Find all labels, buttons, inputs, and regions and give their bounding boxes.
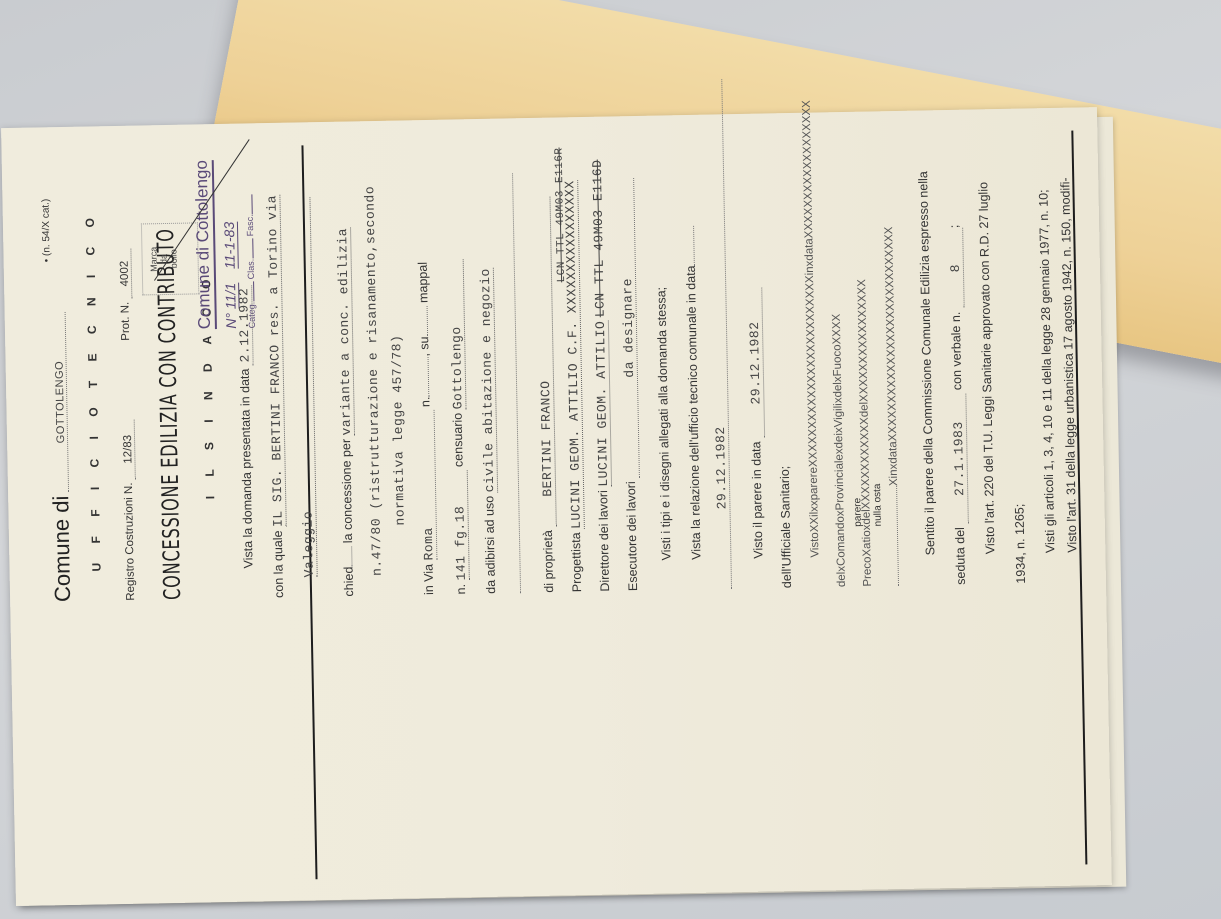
seduta-value: 27.1.1983 xyxy=(950,393,968,523)
prot: Prot. N. 4002 xyxy=(118,248,133,340)
parere-line: Visto il parere in data 29.12.1982 xyxy=(746,288,767,559)
direttore-label: Direttore dei lavori xyxy=(596,490,612,592)
adibirsi-line: da adibirsi ad uso civile abitazione e n… xyxy=(478,268,499,594)
registro-value: 12/83 xyxy=(122,419,136,479)
registry-stamp: Marca da bollo Comune di Cottolengo N° 1… xyxy=(132,148,255,300)
applicant-street: Valeggio xyxy=(294,197,317,577)
art220: Visto l'art. 220 del T.U. Leggi Sanitari… xyxy=(976,182,997,554)
struck-line-2: delxComandoxProvincialexdeixVigilixdelxF… xyxy=(831,314,848,588)
office-title: U F F I C I O T E C N I C O xyxy=(83,210,104,572)
vista-label: Vista la domanda presentata in data xyxy=(238,368,256,568)
direttore-line: Direttore dei lavori LUCINI GEOM. ATTILI… xyxy=(590,159,613,591)
seduta-label: seduta del xyxy=(953,527,968,585)
parere-label: Visto il parere in data xyxy=(749,441,765,558)
comune-name: GOTTOLENGO xyxy=(53,312,69,492)
adibirsi-value: civile abitazione e negozio xyxy=(478,268,498,492)
seduta-line: seduta del 27.1.1983 con verbale n. 8; xyxy=(947,225,970,585)
proprieta-label: di proprietà xyxy=(541,530,556,593)
n2-label: n. xyxy=(454,584,468,595)
chied-line: chied la concessione per variante a conc… xyxy=(335,228,357,597)
stamp-fasc: Fasc. xyxy=(245,214,255,236)
su-label: , su xyxy=(417,336,431,356)
relazione-line: Vista la relazione dell'ufficio tecnico … xyxy=(683,225,703,560)
comune-label: Comune di xyxy=(48,495,76,602)
applicant-cont: Valeggio xyxy=(294,197,317,577)
prot-value: 4002 xyxy=(118,248,132,298)
n2-value: 141 fg.18 xyxy=(452,470,470,580)
commissione: Sentito il parere della Commissione Comu… xyxy=(916,171,937,555)
prot-label: Prot. N. xyxy=(119,302,132,341)
stamp-date: 11-1-83 xyxy=(221,222,239,270)
relazione-date: 29.12.1982 xyxy=(706,79,732,589)
visti-tipi: Visti i tipi e i disegni allegati alla d… xyxy=(654,287,673,561)
struck-line-4-text: XinxdataXXXXXXXXXXXXXXXXXXXXXXXXXXXX xyxy=(883,226,900,486)
concessione-value: variante a conc. edilizia xyxy=(335,228,355,436)
in-via-line: in Via Roma n., su mappal xyxy=(416,262,438,595)
con-la-quale: con la quale IL SIG. BERTINI FRANCO res.… xyxy=(264,195,287,598)
con-la-quale-label: con la quale xyxy=(271,530,286,598)
relazione-date-line: 29.12.1982 xyxy=(706,79,732,589)
struck-line-3-under: nulla osta xyxy=(872,483,884,526)
direttore-cf: LCN TTL 49M03 E116D xyxy=(590,159,608,317)
proprieta-value: BERTINI FRANCO xyxy=(534,197,556,527)
in-via-value: Roma xyxy=(419,410,438,560)
articoli: Visti gli articoli 1, 3, 4, 10 e 11 dell… xyxy=(1036,189,1057,553)
verbale-label: con verbale n. xyxy=(949,312,965,391)
progettista-cf: LCN TTL 49M03 E116R xyxy=(554,147,569,282)
chied-label: chied xyxy=(342,567,357,597)
struck-line-3: PrecoXatioxdelXXXXXXXXXXXXdelXXXXXXXXXXX… xyxy=(856,279,874,587)
struck-line-1: VistoXXilxxparereXXXXXXXXXXXXXXXXXXXXXXX… xyxy=(801,100,822,558)
marca-box: Marca da bollo xyxy=(141,222,199,295)
direttore-value: LUCINI GEOM. ATTILIO xyxy=(593,321,612,487)
stamp-comune: Comune di Cottolengo xyxy=(192,160,217,330)
adibirsi-label: da adibirsi ad uso xyxy=(482,496,498,594)
progettista-label: Progettista xyxy=(569,532,584,592)
registro: Registro Costruzioni N. 12/83 xyxy=(122,419,138,601)
concessione-label: la concessione per xyxy=(339,439,355,543)
applicant: IL SIG. BERTINI FRANCO res. a Torino via xyxy=(264,195,286,527)
parere-date: 29.12.1982 xyxy=(746,288,765,438)
vista-date: 2.12.1982 xyxy=(236,285,254,365)
n-censuario-line: n. 141 fg.18 censuario Gottolengo xyxy=(448,259,470,594)
censuario-label: censuario xyxy=(451,413,466,467)
esecutore-label: Esecutore dei lavori xyxy=(624,481,640,591)
esecutore-line: Esecutore dei lavori da designare xyxy=(618,178,642,591)
proprieta-line: di proprietà BERTINI FRANCO xyxy=(534,197,558,593)
blank-line xyxy=(502,173,524,593)
in-via-label: in Via xyxy=(422,564,437,595)
mappal-label: mappal xyxy=(416,262,431,303)
esecutore-value: da designare xyxy=(618,178,640,478)
marca-bollo: bollo xyxy=(168,224,179,294)
ufficiale: dell'Ufficiale Sanitario; xyxy=(778,466,794,589)
concessione-cont1: n.47/80 (ristrutturazione e risanamento,… xyxy=(362,186,384,576)
censuario-value: Gottolengo xyxy=(448,259,467,409)
concessione-cont2: normativa legge 457/78) xyxy=(389,335,408,526)
document-sheet: • (n. 54/X cat.) Comune di GOTTOLENGO U … xyxy=(1,107,1112,906)
verbale-value: 8 xyxy=(947,228,965,308)
registro-label: Registro Costruzioni N. xyxy=(123,482,137,600)
relazione-label: Vista la relazione dell'ufficio tecnico … xyxy=(684,265,704,560)
form-code: • (n. 54/X cat.) xyxy=(40,199,52,263)
comune-value: GOTTOLENGO xyxy=(53,312,69,492)
stamp-clas: Clas. xyxy=(246,259,256,280)
form-page: • (n. 54/X cat.) Comune di GOTTOLENGO U … xyxy=(1,112,1106,903)
art220-cont: 1934, n. 1265; xyxy=(1012,504,1028,584)
struck-line-4: XinxdataXXXXXXXXXXXXXXXXXXXXXXXXXXXX xyxy=(883,226,902,586)
n-label: n. xyxy=(418,396,432,407)
